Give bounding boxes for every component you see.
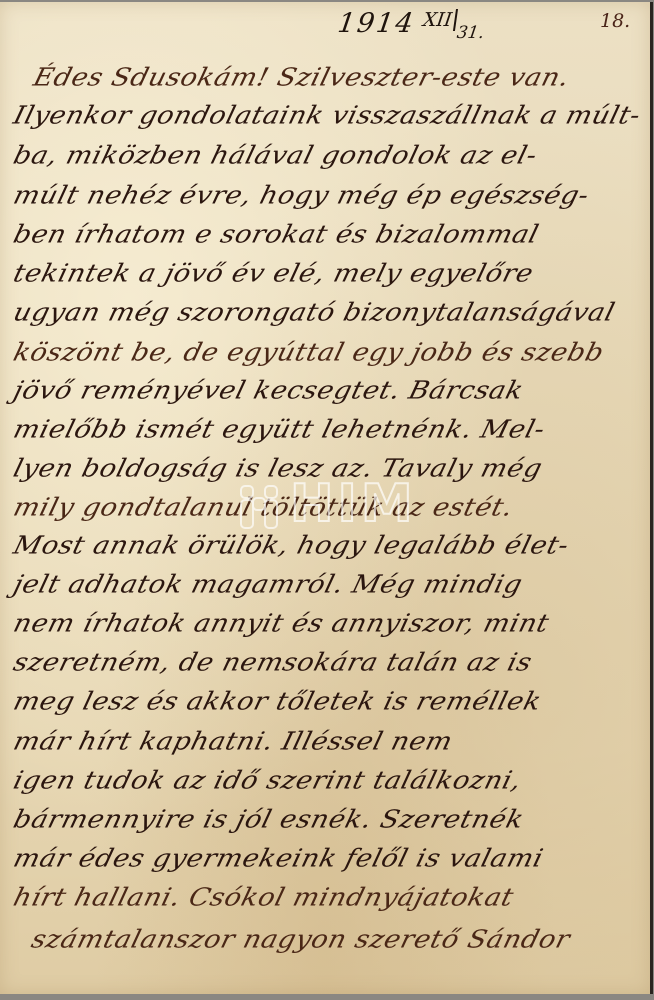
letter-line: Ilyenkor gondolataink visszaszállnak a m…: [10, 101, 643, 130]
letter-line: ba, miközben hálával gondolok az el-: [10, 141, 540, 170]
letter-line: hírt hallani. Csókol mindnyájatokat: [10, 883, 516, 912]
letter-line: szeretném, de nemsokára talán az is: [10, 648, 535, 677]
date-year: 1914: [336, 8, 417, 39]
letter-line: Most annak örülök, hogy legalább élet-: [10, 531, 571, 560]
date-day: 31.: [456, 23, 486, 43]
page-number: 18.: [600, 10, 630, 32]
letter-line: Édes Sdusokám! Szilveszter-este van.: [30, 63, 572, 92]
letter-line: már hírt kaphatni. Illéssel nem: [10, 727, 455, 756]
dotted-figure-logo-icon: [238, 479, 280, 529]
letter-line: jelt adhatok magamról. Még mindig: [10, 570, 525, 599]
watermark-text: HIM: [290, 478, 417, 530]
letter-line: ugyan még szorongató bizonytalanságával: [10, 298, 617, 327]
postcard: 1914XII31. 18. Édes Sdusokám! Szilveszte…: [0, 2, 653, 994]
watermark: HIM: [238, 477, 423, 531]
letter-line: múlt nehéz évre, hogy még ép egészség-: [10, 181, 592, 210]
letter-line: mielőbb ismét együtt lehetnénk. Mel-: [10, 415, 548, 444]
letter-line: tekintek a jövő év elé, mely egyelőre: [10, 259, 536, 288]
letter-line-signature: számtalanszor nagyon szerető Sándor: [28, 925, 573, 954]
letter-line: köszönt be, de egyúttal egy jobb és szeb…: [10, 338, 607, 367]
letter-line: bármennyire is jól esnék. Szeretnék: [10, 805, 526, 834]
letter-line: már édes gyermekeink felől is valami: [10, 844, 546, 873]
letter-line: meg lesz és akkor tőletek is reméllek: [10, 687, 544, 716]
letter-line: igen tudok az idő szerint találkozni,: [10, 766, 524, 795]
letter-line: nem írhatok annyit és annyiszor, mint: [10, 609, 552, 638]
date-month: XII: [422, 9, 459, 31]
letter-date: 1914XII31.: [336, 8, 488, 39]
letter-line: ben írhatom e sorokat és bizalommal: [10, 220, 541, 249]
letter-line: jövő reményével kecsegtet. Bárcsak: [10, 376, 526, 405]
